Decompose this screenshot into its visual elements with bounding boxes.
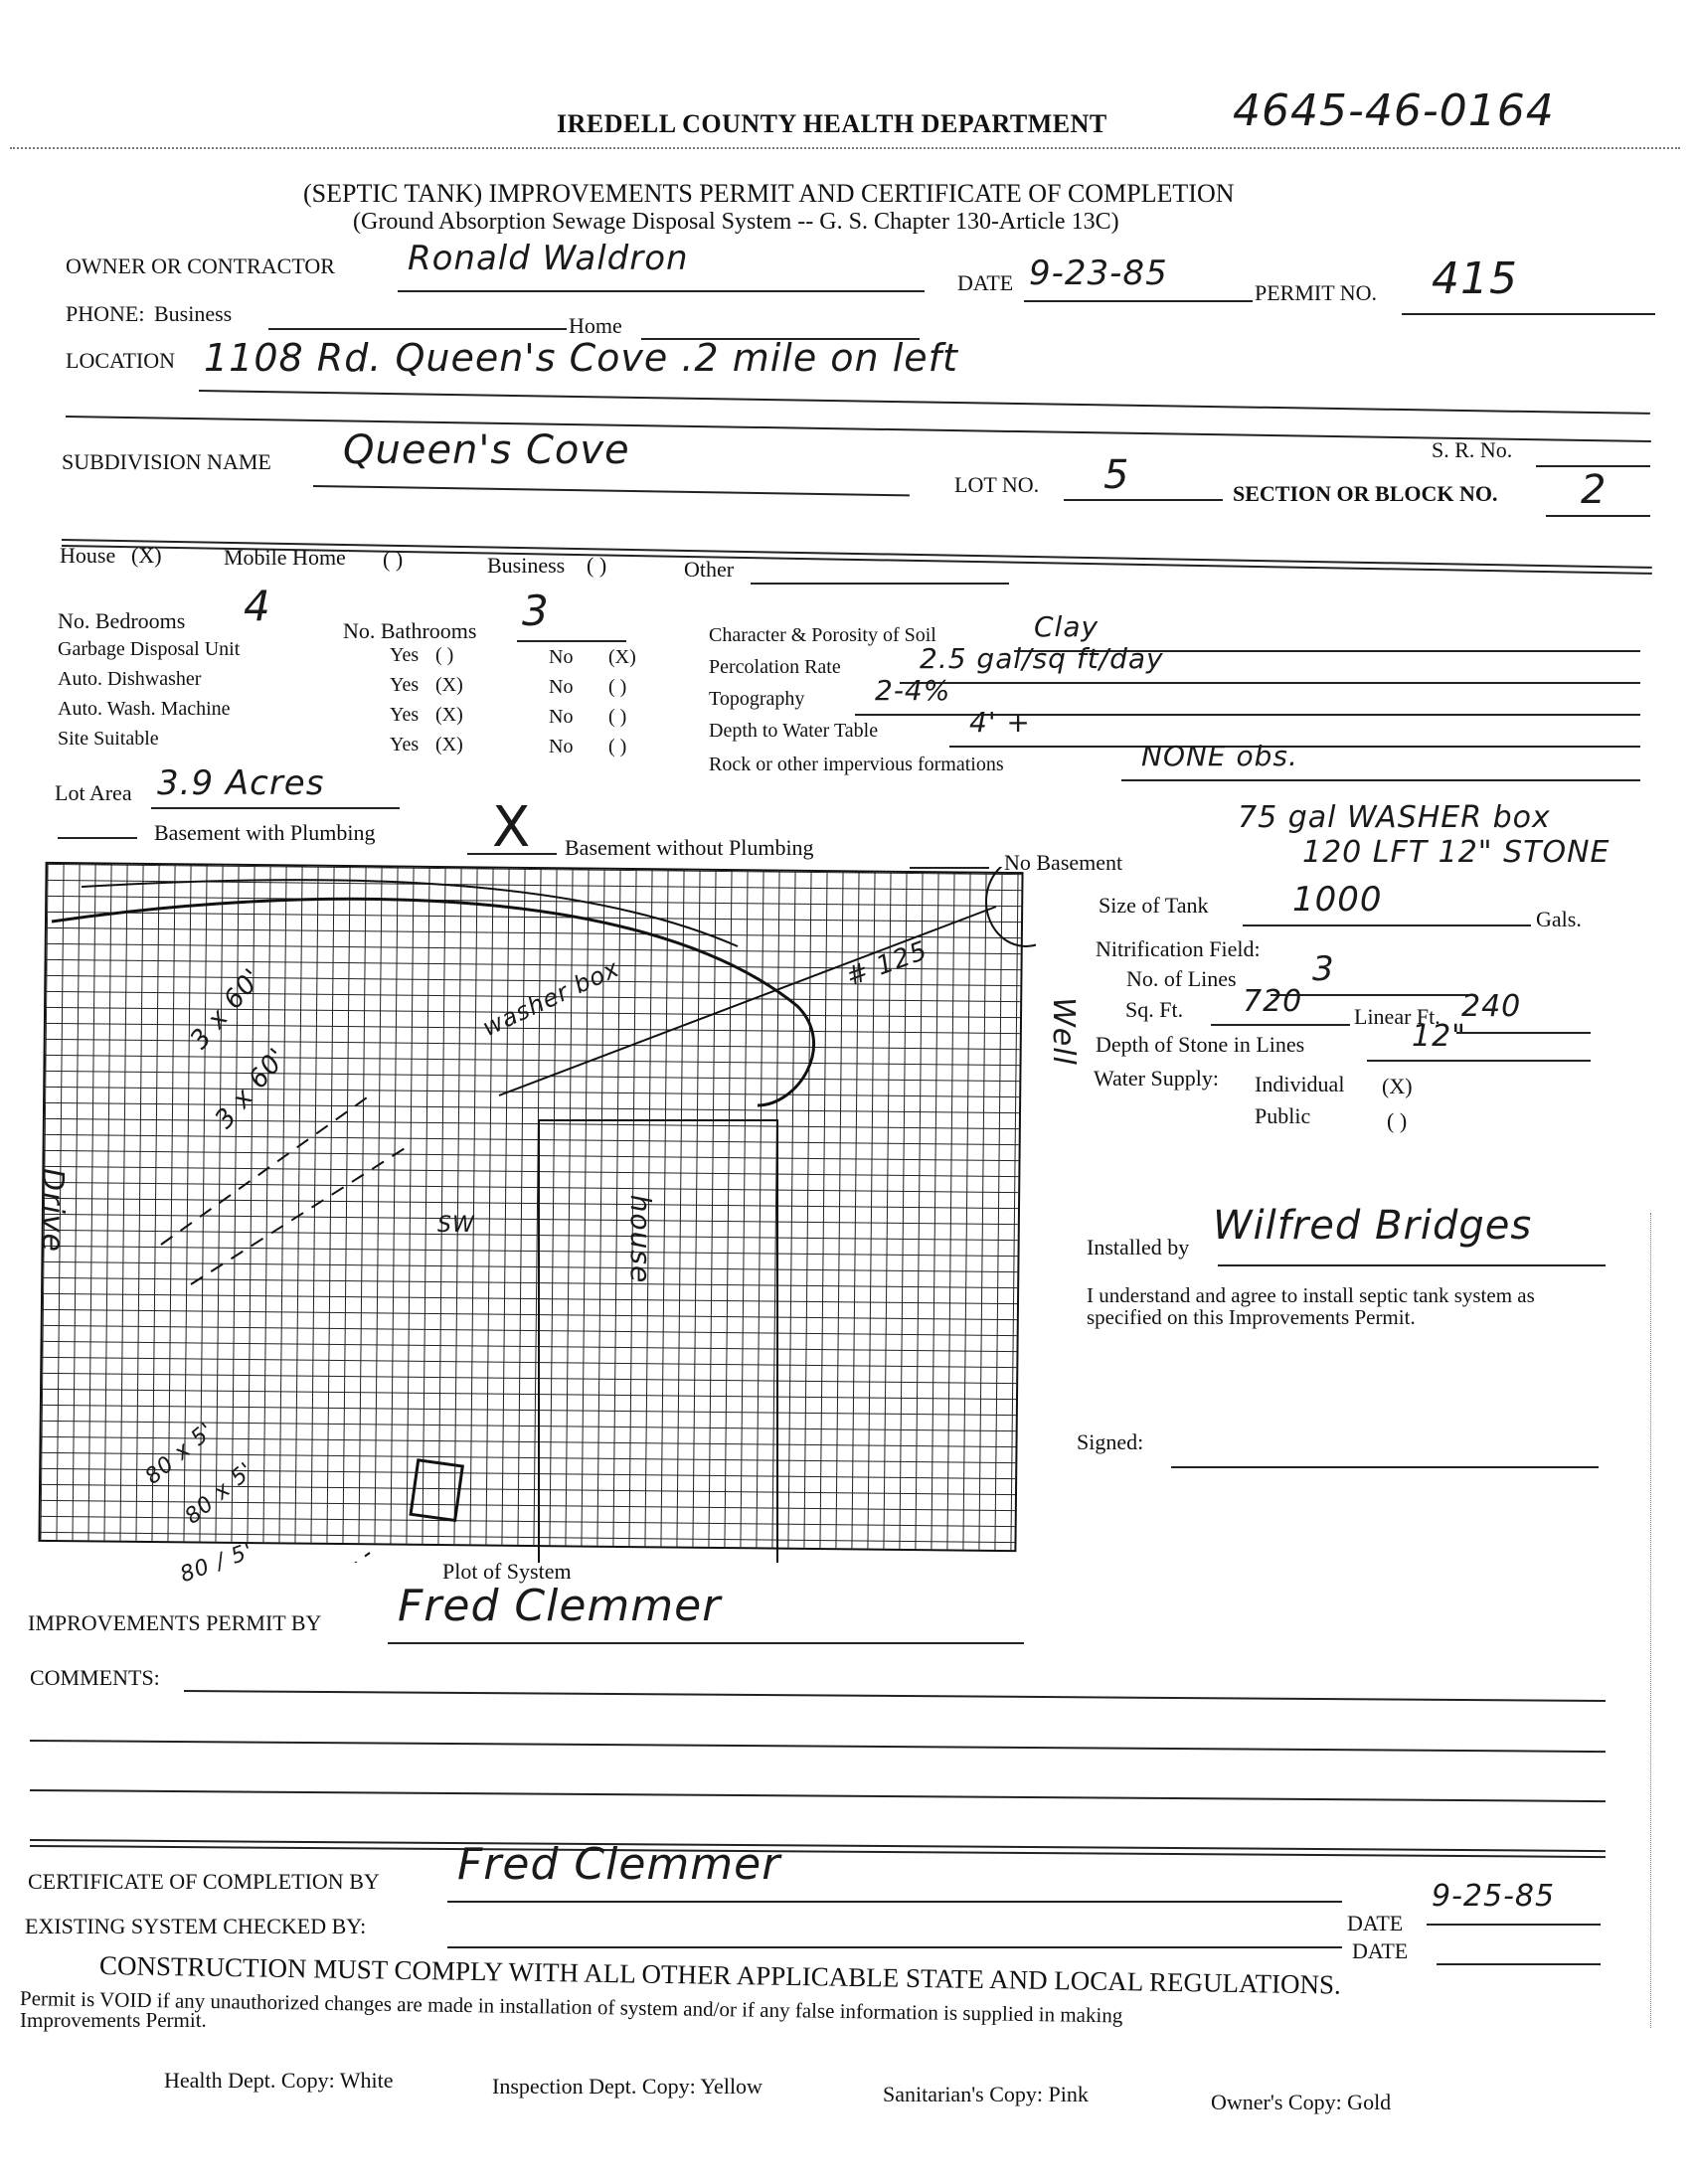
house-checkbox[interactable]: (X) [131,543,162,569]
lot-no-label: LOT NO. [954,472,1039,498]
phone-business-label: Business [154,301,232,327]
installer-agreement: I understand and agree to install septic… [1087,1284,1589,1328]
department-name: IREDELL COUNTY HEALTH DEPARTMENT [557,109,1107,139]
site-suitable-yes-checkbox[interactable]: (X) [435,734,463,756]
existing-date-field[interactable] [1437,1963,1601,1965]
bathrooms-field[interactable]: 3 [522,587,550,635]
percolation-rate-field[interactable]: 2.5 gal/sq ft/day [920,642,1164,675]
plot-annotation-drive: Drive [35,1168,70,1253]
signed-field[interactable] [1171,1466,1599,1468]
location-field[interactable]: 1108 Rd. Queen's Cove .2 mile on left [204,336,958,380]
phone-business-field[interactable] [268,328,567,330]
auto-dishwasher-yes-label: Yes [390,674,419,697]
permit-no-label: PERMIT NO. [1255,280,1377,306]
existing-date-label: DATE [1352,1938,1408,1964]
completion-date-label: DATE [1347,1911,1403,1936]
lot-area-field[interactable]: 3.9 Acres [157,763,324,803]
sqft-label: Sq. Ft. [1125,997,1183,1023]
permit-no-field[interactable]: 415 [1432,253,1518,304]
water-individual-checkbox[interactable]: (X) [1382,1074,1413,1099]
subdivision-field[interactable]: Queen's Cove [343,427,630,473]
mobile-home-label: Mobile Home [224,545,346,571]
linear-ft-field[interactable]: 240 [1461,989,1521,1024]
copy-inspection-dept: Inspection Dept. Copy: Yellow [492,2074,762,2100]
date-field[interactable]: 9-23-85 [1029,253,1168,293]
phone-label: PHONE: [66,301,144,327]
depth-to-water-table-field[interactable]: 4' + [969,706,1031,739]
bedrooms-label: No. Bedrooms [58,608,185,634]
plot-annotation-sw: SW [437,1213,475,1238]
auto-dishwasher-yes-checkbox[interactable]: (X) [435,674,463,697]
copy-sanitarian: Sanitarian's Copy: Pink [883,2082,1089,2107]
house-label: House [60,543,115,569]
copy-health-dept: Health Dept. Copy: White [164,2068,394,2094]
parcel-number: 4645-46-0164 [1233,85,1555,136]
auto-wash-machine-label: Auto. Wash. Machine [58,698,231,721]
auto-wash-machine-no-checkbox[interactable]: ( ) [608,706,626,729]
tank-size-field[interactable]: 1000 [1292,880,1383,920]
comments-label: COMMENTS: [30,1665,160,1691]
water-public-checkbox[interactable]: ( ) [1387,1108,1407,1134]
site-suitable-label: Site Suitable [58,728,159,751]
lines-label: No. of Lines [1126,966,1237,992]
section-block-label: SECTION OR BLOCK NO. [1233,481,1498,507]
garbage-disposal-unit-yes-checkbox[interactable]: ( ) [435,644,453,667]
site-suitable-no-label: No [549,736,573,758]
basement-without-plumbing-mark[interactable]: X [492,795,531,860]
water-public-label: Public [1255,1103,1310,1129]
basement-with-plumbing-field[interactable] [58,837,137,839]
installed-by-field[interactable]: Wilfred Bridges [1213,1203,1532,1249]
percolation-rate-label: Percolation Rate [709,656,841,679]
lines-field[interactable]: 3 [1312,949,1335,989]
copy-owner: Owner's Copy: Gold [1211,2090,1391,2115]
existing-system-label: EXISTING SYSTEM CHECKED BY: [25,1914,366,1939]
plot-annotation-house: house [624,1195,657,1283]
site-suitable-no-checkbox[interactable]: ( ) [608,736,626,758]
permit-by-field[interactable]: Fred Clemmer [398,1581,721,1631]
completion-by-label: CERTIFICATE OF COMPLETION BY [28,1869,380,1895]
signed-label: Signed: [1077,1429,1143,1455]
auto-dishwasher-no-label: No [549,676,573,699]
installed-by-label: Installed by [1087,1235,1189,1260]
void-notice-line2: Improvements Permit. [20,2008,207,2033]
garbage-disposal-unit-no-label: No [549,646,573,669]
header-divider [10,147,1680,149]
owner-field[interactable]: Ronald Waldron [408,239,689,278]
location-label: LOCATION [66,348,175,374]
topography-label: Topography [709,688,804,711]
water-supply-label: Water Supply: [1094,1066,1219,1092]
sr-no-label: S. R. No. [1432,437,1512,463]
business-checkbox[interactable]: ( ) [587,553,606,579]
existing-system-field[interactable] [447,1946,1342,1948]
auto-wash-machine-yes-label: Yes [390,704,419,727]
completion-date-field[interactable]: 9-25-85 [1432,1879,1555,1914]
topography-field[interactable]: 2-4% [875,674,950,707]
bathrooms-label: No. Bathrooms [343,618,476,644]
completion-by-field[interactable]: Fred Clemmer [457,1839,780,1890]
garbage-disposal-unit-label: Garbage Disposal Unit [58,638,240,661]
auto-wash-machine-no-label: No [549,706,573,729]
character-porosity-of-soil-field[interactable]: Clay [1034,610,1099,643]
auto-dishwasher-label: Auto. Dishwasher [58,668,201,691]
basement-with-plumbing-label: Basement with Plumbing [154,820,375,846]
permit-by-label: IMPROVEMENTS PERMIT BY [28,1610,321,1636]
character-porosity-of-soil-label: Character & Porosity of Soil [709,624,936,647]
tank-size-unit: Gals. [1536,907,1582,932]
subdivision-label: SUBDIVISION NAME [62,449,271,475]
site-suitable-yes-label: Yes [390,734,419,756]
other-field[interactable] [751,583,1009,585]
section-block-field[interactable]: 2 [1581,467,1607,513]
auto-dishwasher-no-checkbox[interactable]: ( ) [608,676,626,699]
business-label: Business [487,553,565,579]
form-title: (SEPTIC TANK) IMPROVEMENTS PERMIT AND CE… [303,179,1235,209]
garbage-disposal-unit-no-checkbox[interactable]: (X) [608,646,636,669]
date-label: DATE [957,270,1013,296]
stone-depth-label: Depth of Stone in Lines [1096,1032,1304,1058]
mobile-home-checkbox[interactable]: ( ) [383,547,403,573]
form-subtitle: (Ground Absorption Sewage Disposal Syste… [353,209,1119,236]
tank-size-label: Size of Tank [1099,893,1208,919]
garbage-disposal-unit-yes-label: Yes [390,644,419,667]
system-note-line2: 120 LFT 12" STONE [1302,835,1610,870]
stone-depth-field[interactable]: 12" [1412,1019,1466,1054]
bedrooms-field[interactable]: 4 [244,582,271,630]
nitrification-field-label: Nitrification Field: [1096,936,1261,962]
well-margin-note: Well [1046,997,1081,1066]
sqft-field[interactable]: 720 [1243,984,1302,1019]
rock-or-other-impervious-formations-field[interactable]: NONE obs. [1141,740,1298,772]
depth-to-water-table-label: Depth to Water Table [709,720,878,743]
other-label: Other [684,557,734,583]
basement-without-plumbing-label: Basement without Plumbing [565,835,814,861]
system-note-line1: 75 gal WASHER box [1238,800,1551,835]
comments-field[interactable] [184,1690,1606,1702]
lot-area-label: Lot Area [55,780,132,806]
auto-wash-machine-yes-checkbox[interactable]: (X) [435,704,463,727]
water-individual-label: Individual [1255,1072,1344,1097]
lot-no-field[interactable]: 5 [1103,452,1129,498]
owner-label: OWNER OR CONTRACTOR [66,253,335,279]
rock-or-other-impervious-formations-label: Rock or other impervious formations [709,754,1004,776]
